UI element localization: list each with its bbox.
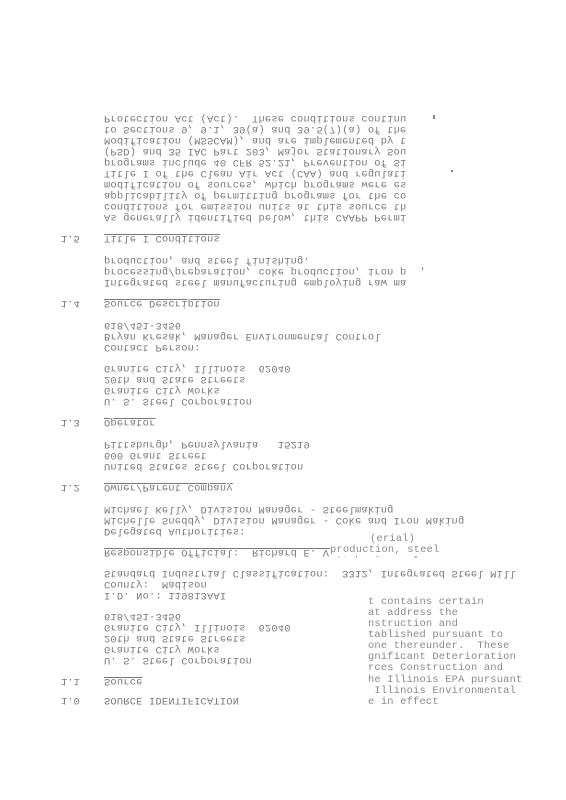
id-number: I.D. No.: 119813AAI	[104, 589, 226, 600]
address-line: Granite City, Illinois 62040	[104, 362, 291, 373]
body-line: processing/preparation, coke production,…	[104, 265, 406, 276]
section-number: 1.0	[61, 694, 80, 705]
body-line: Protection Act (Act). These conditions c…	[104, 112, 406, 123]
delegate-line: Michael Kelly, Division Manager - Steelm…	[104, 503, 394, 514]
section-number: 1.4	[61, 297, 80, 308]
address-line: Pittsburgh, Pennsylvania 15219	[104, 438, 310, 449]
phone-line: 618/451-3456	[104, 610, 181, 621]
scan-speck	[451, 170, 453, 172]
scan-speck	[422, 267, 423, 270]
address-line: U. S. Steel Corporation	[104, 654, 252, 665]
section-heading: SOURCE IDENTIFICATION	[104, 694, 239, 705]
contact-line: 618/451-3456	[104, 319, 181, 330]
body-line: applicability of permitting programs for…	[104, 189, 406, 200]
body-line: Modification (MSSCAM), and are implement…	[104, 134, 406, 145]
scan-speck	[433, 115, 435, 119]
section-number: 1.2	[61, 481, 80, 492]
delegated-label: Delegated Authorities:	[104, 525, 246, 536]
body-line: (PSD) and 35 IAC Part 203, Major Station…	[104, 145, 406, 156]
delegate-line: Michelle Sneddy, Division Manager - Coke…	[104, 514, 464, 525]
section-heading: Title I Conditions	[104, 232, 220, 243]
address-line: United States Steel Corporation	[104, 460, 304, 471]
section-heading: Owner/Parent Company	[104, 481, 233, 492]
section-heading: Operator	[104, 416, 155, 427]
address-line: 600 Grant Street	[104, 449, 207, 460]
body-line: programs include 40 CFR 52.21, Preventio…	[104, 156, 406, 167]
address-line: Granite City Works	[104, 643, 220, 654]
body-line: conditions for emission units at this so…	[104, 200, 406, 211]
bleed-through-text: production, steel	[330, 545, 439, 556]
section-number: 1.3	[61, 416, 80, 427]
bleed-through-line: e in effect	[368, 697, 439, 708]
body-line: modification of sources, which programs …	[104, 178, 406, 189]
address-line: Granite City Works	[104, 384, 220, 395]
section-number: 1.5	[61, 232, 80, 243]
contact-label: Contact Person:	[104, 341, 201, 352]
section-number: 1.1	[61, 675, 80, 686]
address-line: Granite City, Illinois 62040	[104, 621, 291, 632]
body-line: production, and steel finishing.	[104, 254, 310, 265]
address-line: 20th and State Streets	[104, 632, 246, 643]
body-line: Integrated steel manufacturing employing…	[104, 276, 406, 287]
body-line: Title I of the Clean Air Act (CAA) and r…	[104, 167, 406, 178]
section-heading: Source	[104, 675, 143, 686]
county: County: Madison	[104, 578, 207, 589]
address-line: U. S. Steel Corporation	[104, 395, 252, 406]
section-heading: Source Description	[104, 297, 220, 308]
contact-line: Bryan Kresak, Manager Environmental Cont…	[104, 330, 381, 341]
bleed-through-line: rces Construction and	[368, 663, 503, 674]
body-line: to Sections 9, 9.1, 39(a) and 39.5(7)(a)…	[104, 123, 406, 134]
sic-classification: Standard Industrial Classification: 3312…	[104, 567, 516, 578]
body-line: As generally identified below, this CAAP…	[104, 211, 406, 222]
address-line: 20th and State Streets	[104, 373, 246, 384]
